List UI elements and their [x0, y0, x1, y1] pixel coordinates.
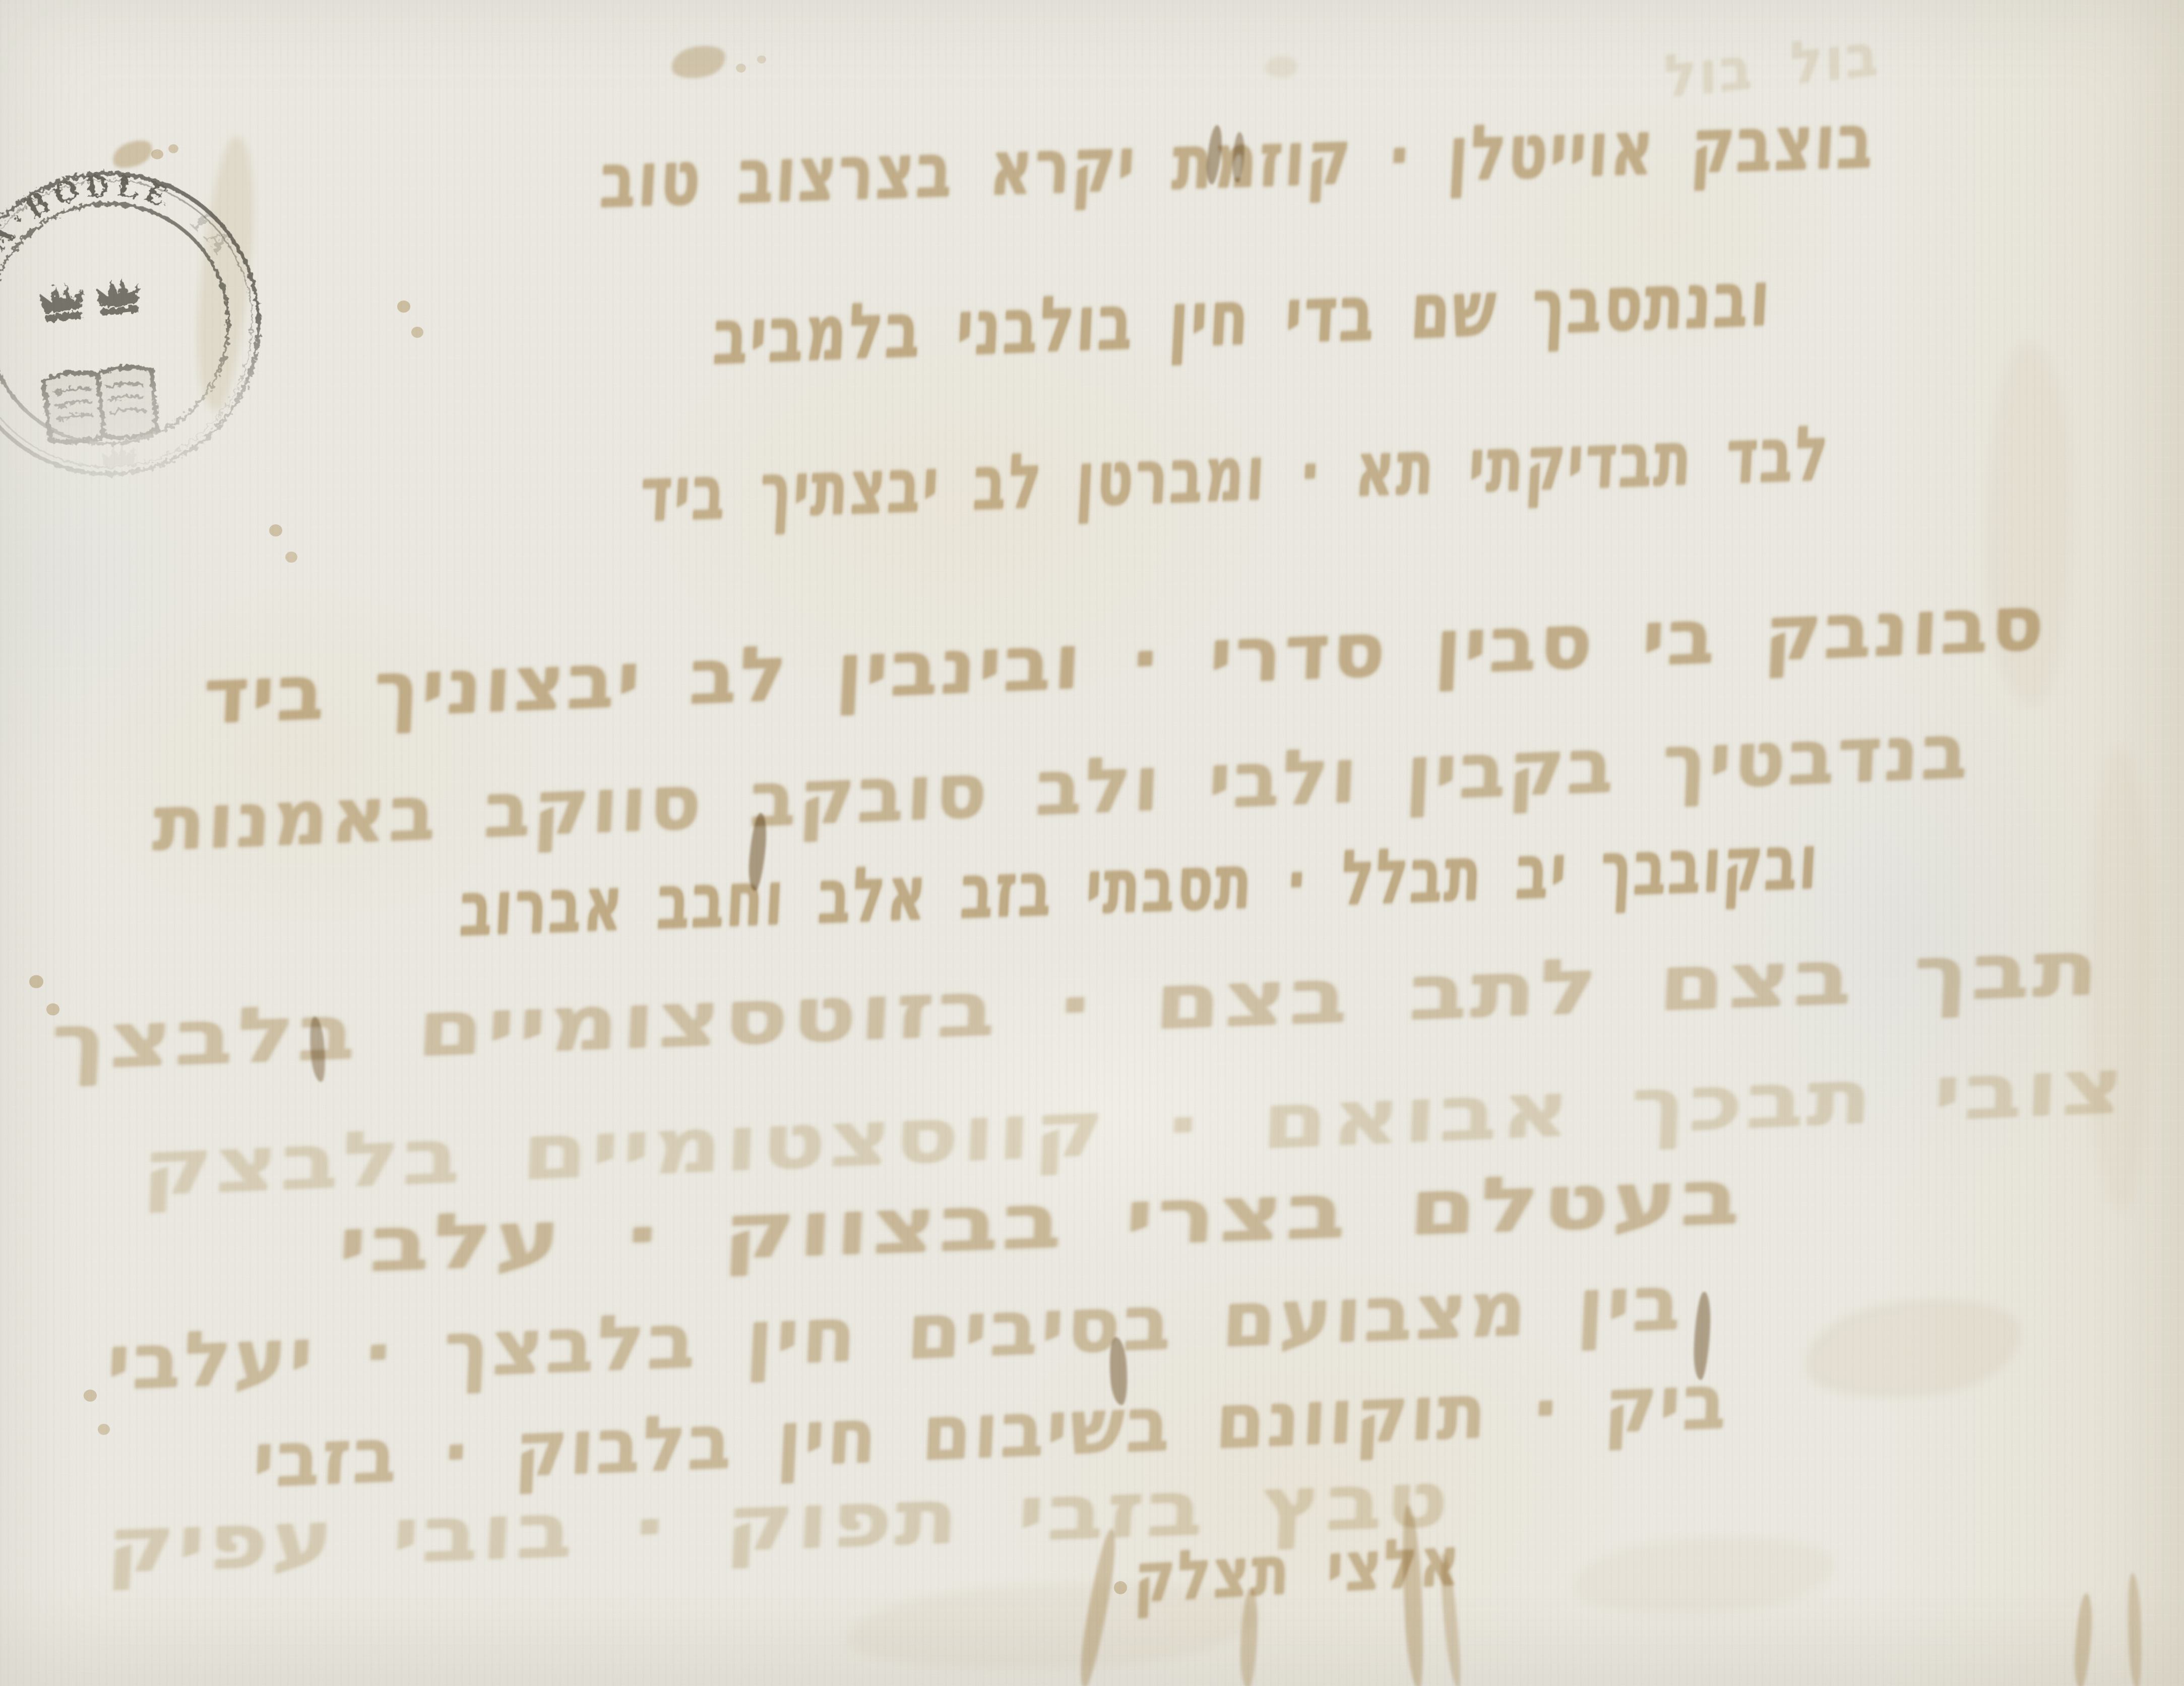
- ink-blob: [669, 42, 728, 82]
- ink-flourish: [2126, 1573, 2143, 1686]
- ink-flourish: [1239, 1588, 1259, 1686]
- ink-accent: [746, 812, 768, 891]
- ink-flourish: [1399, 1504, 1426, 1686]
- ink-marks-layer: [0, 0, 2184, 1686]
- crown-icon: [39, 282, 86, 322]
- ink-dot: [46, 1003, 59, 1015]
- ink-dot: [757, 55, 766, 64]
- ink-accent: [307, 1016, 327, 1082]
- ink-dot: [29, 975, 43, 988]
- crown-icon: [95, 276, 142, 316]
- ink-dot: [411, 327, 423, 338]
- ink-dot: [736, 64, 746, 73]
- ink-dot: [168, 144, 178, 153]
- ink-flourish: [1437, 1552, 1464, 1686]
- ink-accent: [1231, 132, 1245, 183]
- manuscript-page: בול בולבוצבק אוייטלן · קוזמת יקרא בצרצוב…: [0, 0, 2184, 1686]
- ink-accent: [1107, 1337, 1129, 1406]
- ink-accent: [1692, 1291, 1712, 1380]
- ink-dot: [285, 552, 297, 563]
- ink-dot: [397, 300, 410, 313]
- open-book-icon: [43, 365, 158, 445]
- ink-flourish: [2072, 1593, 2094, 1686]
- ink-dot: [98, 1424, 110, 1435]
- ink-dot: [84, 1390, 97, 1402]
- ink-accent: [1205, 125, 1224, 185]
- ink-blob: [1265, 56, 1297, 78]
- stamp-arc-text: CA·BODLE: [0, 160, 187, 284]
- ink-dot: [269, 524, 282, 536]
- crown-icon: [100, 442, 137, 467]
- ink-dot: [1114, 1581, 1127, 1594]
- ink-flourish: [1075, 1527, 1120, 1686]
- bodleian-library-stamp: CA·BODLE IA: [0, 146, 286, 501]
